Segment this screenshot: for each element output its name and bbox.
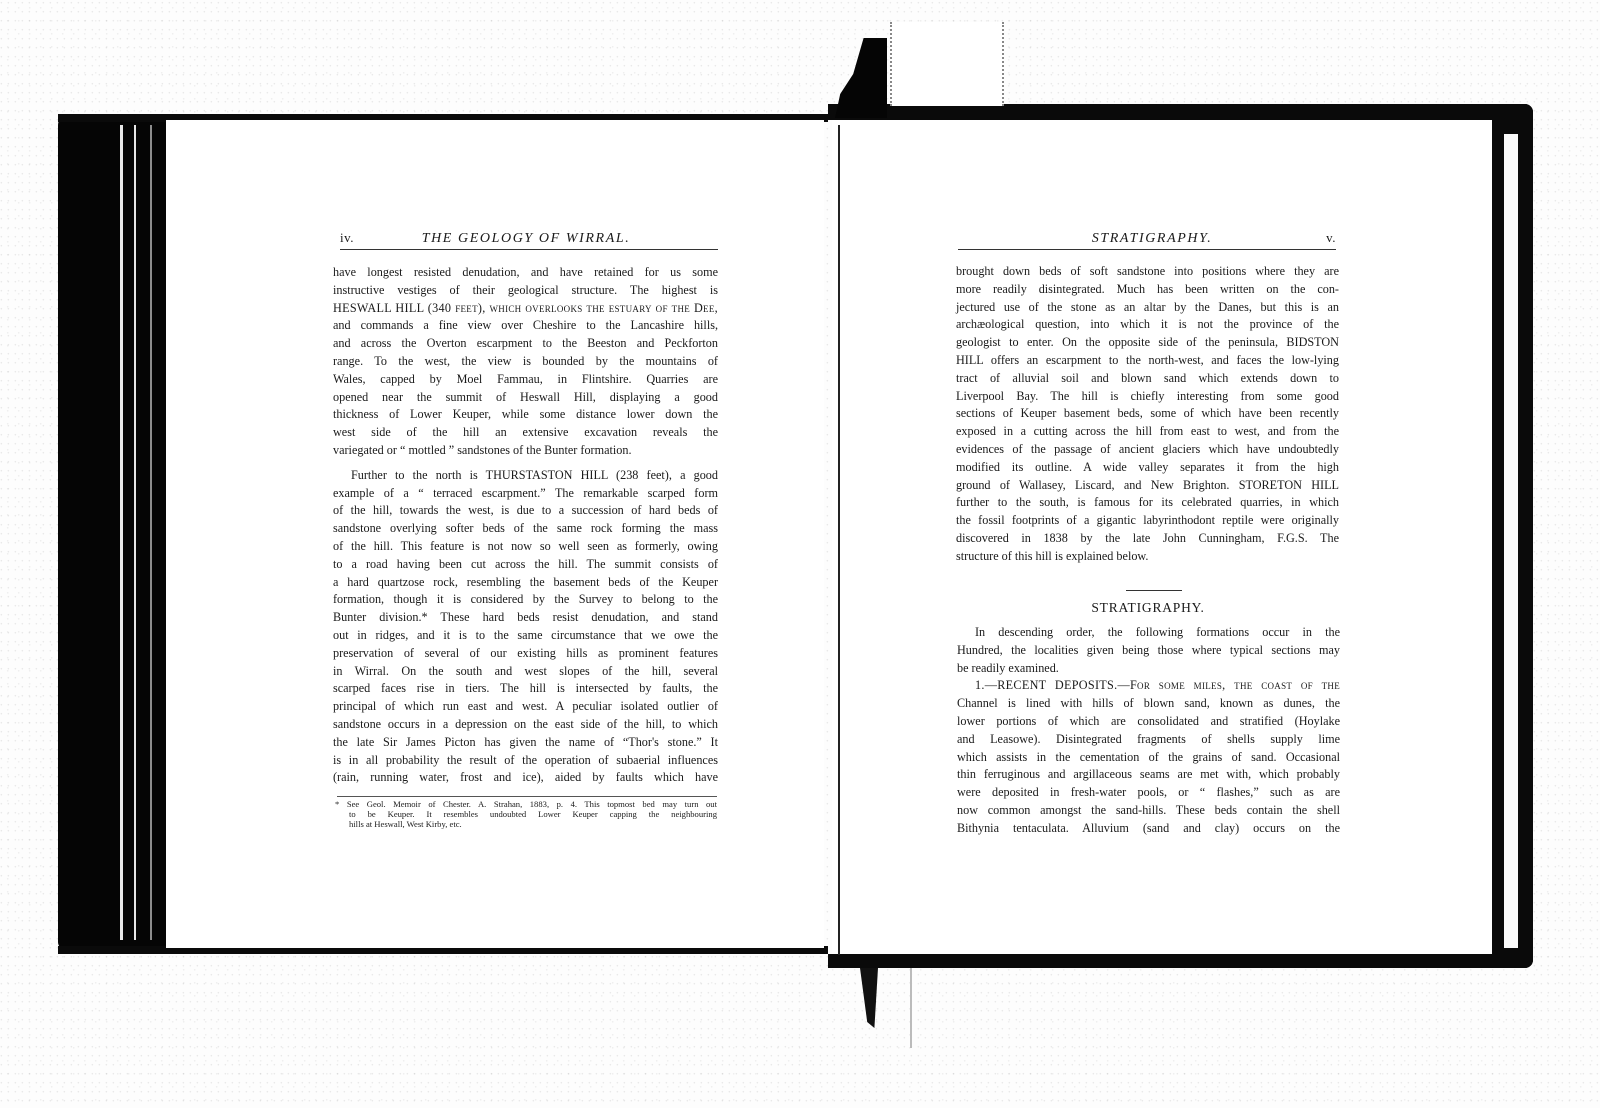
text-line: thin ferruginous and argillaceous seams … [957, 766, 1340, 784]
text-line: were deposited in fresh-water pools, or … [957, 784, 1340, 802]
book-cover-bottom-right [828, 954, 1533, 968]
text-line: have longest resisted denudation, and ha… [333, 264, 718, 282]
text-line: now common amongst the sand-hills. These… [957, 802, 1340, 820]
text-line: and Leasowe). Disintegrated fragments of… [957, 731, 1340, 749]
text-line: instructive vestiges of their geological… [333, 282, 718, 300]
text-line: and across the Overton escarpment to the… [333, 335, 718, 353]
text-line: preservation of several of our existing … [333, 645, 718, 663]
left-page-body: have longest resisted denudation, and ha… [333, 264, 718, 787]
book-gutter [838, 125, 840, 955]
text-line: thickness of Lower Keuper, while some di… [333, 406, 718, 424]
book-cover-right-edge [1492, 104, 1533, 968]
text-line: west side of the hill an extensive excav… [333, 424, 718, 442]
text-line: Bunter division.* These hard beds resist… [333, 609, 718, 627]
text-line: (rain, running water, frost and ice), ai… [333, 769, 718, 787]
cover-stripe [120, 125, 123, 940]
cover-stripe [134, 125, 136, 940]
text-line: out in ridges, and it is to the same cir… [333, 627, 718, 645]
cover-slot [1504, 134, 1518, 948]
text-line: sandstone occurs in a depression on the … [333, 716, 718, 734]
spine-paper-flag-top [890, 22, 1004, 106]
text-line: ground of Wallasey, Liscard, and New Bri… [956, 477, 1339, 495]
text-line: scarped faces rise in tiers. The hill is… [333, 680, 718, 698]
text-line: Wales, capped by Moel Fammau, in Flintsh… [333, 371, 718, 389]
book-cover-top-right [828, 104, 1533, 120]
left-running-title: THE GEOLOGY OF WIRRAL. [422, 231, 631, 247]
text-line: of the hill, towards the west, is due to… [333, 502, 718, 520]
text-line: variegated or “ mottled ” sandstones of … [333, 442, 718, 460]
spine-ink-blot-top [835, 38, 887, 118]
text-line: HESWALL HILL (340 feet), which overlooks… [333, 300, 718, 318]
left-page-number: iv. [340, 230, 354, 246]
text-line: more readily disintegrated. Much has bee… [956, 281, 1339, 299]
text-line: discovered in 1838 by the late John Cunn… [956, 530, 1339, 548]
text-line: the fossil footprints of a gigantic laby… [956, 512, 1339, 530]
text-line: range. To the west, the view is bounded … [333, 353, 718, 371]
stratigraphy-body: In descending order, the following forma… [957, 624, 1340, 838]
cover-stripe [150, 125, 152, 940]
footnote-line: to be Keuper. It resembles undoubted Low… [335, 809, 717, 819]
text-line: sections of Keuper basement beds, some o… [956, 405, 1339, 423]
text-line: jectured use of the stone as an altar by… [956, 299, 1339, 317]
right-page-number: v. [1326, 230, 1336, 246]
section-divider [1126, 590, 1182, 591]
text-line: principal of which run east and west. A … [333, 698, 718, 716]
text-line: archæological question, into which it is… [956, 316, 1339, 334]
text-line: Hundred, the localities given being thos… [957, 642, 1340, 660]
text-line: formation, though it is considered by th… [333, 591, 718, 609]
text-line: evidences of the passage of ancient glac… [956, 441, 1339, 459]
text-line: further to the south, is famous for its … [956, 494, 1339, 512]
text-line: Channel is lined with hills of blown san… [957, 695, 1340, 713]
left-running-head: iv. THE GEOLOGY OF WIRRAL. [340, 230, 718, 250]
text-line: in Wirral. On the south and west slopes … [333, 663, 718, 681]
text-line: a hard quartzose rock, resembling the ba… [333, 574, 718, 592]
text-line: opened near the summit of Heswall Hill, … [333, 389, 718, 407]
text-line: sandstone overlying softer beds of the s… [333, 520, 718, 538]
paragraph-gap [333, 460, 718, 467]
right-page-body: brought down beds of soft sandstone into… [956, 263, 1339, 566]
text-line: Bithynia tentaculata. Alluvium (sand and… [957, 820, 1340, 838]
text-line: of the hill. This feature is not now so … [333, 538, 718, 556]
text-line: lower portions of which are consolidated… [957, 713, 1340, 731]
spine-ink-blot-bottom [860, 968, 878, 1028]
section-heading: STRATIGRAPHY. [958, 600, 1338, 616]
text-line: which assists in the cementation of the … [957, 749, 1340, 767]
footnote-rule [337, 796, 717, 797]
book-cover-left-edge [58, 115, 178, 950]
text-line: HILL offers an escarpment to the north-w… [956, 352, 1339, 370]
text-line: brought down beds of soft sandstone into… [956, 263, 1339, 281]
right-running-head: STRATIGRAPHY. v. [958, 230, 1336, 250]
text-line: be readily examined. [957, 660, 1340, 678]
text-line: In descending order, the following forma… [957, 624, 1340, 642]
text-line: Liverpool Bay. The hill is chiefly inter… [956, 388, 1339, 406]
text-line: is in all probability the result of the … [333, 752, 718, 770]
text-line: structure of this hill is explained belo… [956, 548, 1339, 566]
spine-paper-flag-bottom [910, 968, 912, 1048]
footnote-line: hills at Heswall, West Kirby, etc. [335, 819, 717, 829]
text-line: and commands a fine view over Cheshire t… [333, 317, 718, 335]
text-line: tract of alluvial soil and blown sand wh… [956, 370, 1339, 388]
footnote: * See Geol. Memoir of Chester. A. Straha… [335, 799, 717, 829]
text-line: modified its outline. A wide valley sepa… [956, 459, 1339, 477]
text-line: the late Sir James Picton has given the … [333, 734, 718, 752]
right-running-title: STRATIGRAPHY. [1092, 231, 1213, 247]
footnote-line: * See Geol. Memoir of Chester. A. Straha… [335, 799, 717, 809]
text-line: 1.—RECENT DEPOSITS.—For some miles, the … [957, 677, 1340, 695]
text-line: Further to the north is THURSTASTON HILL… [333, 467, 718, 485]
text-line: exposed in a cutting across the hill fro… [956, 423, 1339, 441]
text-line: geologist to enter. On the opposite side… [956, 334, 1339, 352]
text-line: example of a “ terraced escarpment.” The… [333, 485, 718, 503]
text-line: to a road having been cut across the hil… [333, 556, 718, 574]
